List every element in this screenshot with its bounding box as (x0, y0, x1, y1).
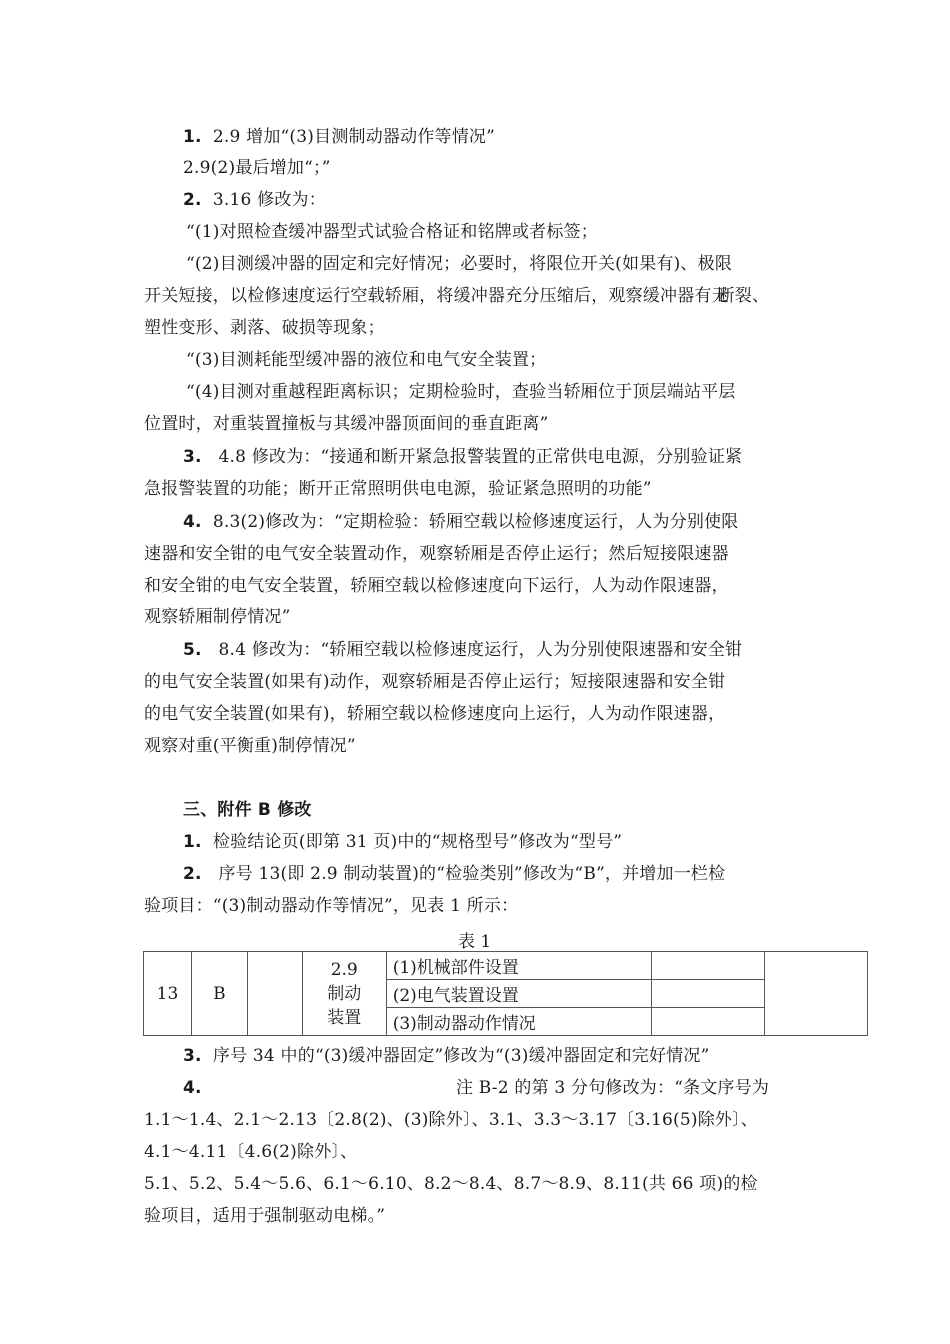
clause-number: 2.9 (303, 958, 386, 982)
item-number: 5. (183, 640, 202, 660)
paragraph-line: 速器和安全钳的电气安全装置动作，观察轿厢是否停止运行；然后短接限速器 (144, 543, 729, 565)
item-text: 8.4 修改为：“轿厢空载以检修速度运行，人为分别使限速器和安全钳 (219, 640, 743, 660)
item-text: 2.9 增加“(3)目测制动器动作等情况” (213, 127, 495, 147)
paragraph-line: 观察轿厢制停情况” (144, 606, 291, 628)
paragraph-line: 开关短接，以检修速度运行空载轿厢，将缓冲器充分压缩后，观察缓冲器有无断裂、 (144, 285, 769, 307)
item-text: 8.3(2)修改为：“定期检验：轿厢空载以检修速度运行，人为分别使限 (213, 512, 739, 532)
item-3: 3. 4.8 修改为：“接通和断开紧急报警装置的正常供电电源，分别验证紧 (183, 446, 742, 468)
item-number: 2. (183, 190, 202, 210)
paragraph-line: 观察对重(平衡重)制停情况” (144, 735, 356, 757)
paragraph-line: 和安全钳的电气安全装置，轿厢空载以检修速度向下运行，人为动作限速器， (144, 575, 729, 597)
item-b3: 3. 序号 34 中的“(3)缓冲器固定”修改为“(3)缓冲器固定和完好情况” (183, 1045, 709, 1067)
item-5: 5. 8.4 修改为：“轿厢空载以检修速度运行，人为分别使限速器和安全钳 (183, 639, 742, 661)
table-row: 13 B 2.9 制动 装置 (1)机械部件设置 (144, 952, 868, 980)
cell-conclusion (765, 952, 868, 1036)
item-text: 序号 34 中的“(3)缓冲器固定”修改为“(3)缓冲器固定和完好情况” (213, 1046, 710, 1066)
paragraph-line: 验项目：“(3)制动器动作等情况”，见表 1 所示： (144, 895, 518, 917)
section-heading: 三、附件 B 修改 (183, 799, 312, 821)
cell-seq: 13 (144, 952, 192, 1036)
item-number: 3. (183, 1046, 202, 1066)
paragraph-line: 4.1～4.11〔4.6(2)除外〕、 (144, 1141, 357, 1163)
table-caption: 表 1 (458, 927, 491, 952)
cell-item: (3)制动器动作情况 (386, 1008, 652, 1036)
paragraph-line: 的电气安全装置(如果有)动作，观察轿厢是否停止运行；短接限速器和安全钳 (144, 671, 725, 693)
item-1-sub: 2.9(2)最后增加“；” (183, 157, 331, 179)
paragraph-line: “(1)对照检查缓冲器型式试验合格证和铭牌或者标签； (186, 221, 598, 243)
item-1: 1. 2.9 增加“(3)目测制动器动作等情况” (183, 126, 495, 148)
paragraph-line: 急报警装置的功能；断开正常照明供电电源，验证紧急照明的功能” (144, 478, 652, 500)
item-number: 4. (183, 512, 202, 532)
cell-clause: 2.9 制动 装置 (302, 952, 386, 1036)
cell-result (652, 980, 765, 1008)
item-b2: 2. 序号 13(即 2.9 制动装置)的“检验类别”修改为“B”，并增加一栏检 (183, 863, 725, 885)
item-4: 4. 8.3(2)修改为：“定期检验：轿厢空载以检修速度运行，人为分别使限 (183, 511, 739, 533)
cell-item: (1)机械部件设置 (386, 952, 652, 980)
item-text: 序号 13(即 2.9 制动装置)的“检验类别”修改为“B”，并增加一栏检 (219, 864, 726, 884)
paragraph-line: 验项目，适用于强制驱动电梯。” (144, 1205, 385, 1227)
table-1: 13 B 2.9 制动 装置 (1)机械部件设置 (2)电气装置设置 (3)制动… (143, 951, 868, 1036)
item-text: 3.16 修改为： (213, 190, 326, 210)
cell-item: (2)电气装置设置 (386, 980, 652, 1008)
cell-result (652, 952, 765, 980)
paragraph-line: “(2)目测缓冲器的固定和完好情况；必要时，将限位开关(如果有)、极限 (186, 253, 732, 275)
cell-blank (247, 952, 302, 1036)
item-number: 3. (183, 447, 202, 467)
paragraph-line: 的电气安全装置(如果有)，轿厢空载以检修速度向上运行，人为动作限速器， (144, 703, 725, 725)
item-b4-text: 注 B-2 的第 3 分句修改为：“条文序号为 (456, 1077, 769, 1099)
paragraph-line: 1.1～1.4、2.1～2.13〔2.8(2)、(3)除外〕、3.1、3.3～3… (144, 1109, 758, 1131)
item-number: 2. (183, 864, 202, 884)
item-text: 4.8 修改为：“接通和断开紧急报警装置的正常供电电源，分别验证紧 (219, 447, 743, 467)
cell-category: B (191, 952, 247, 1036)
item-text: 检验结论页(即第 31 页)中的“规格型号”修改为“型号” (213, 832, 622, 852)
item-number: 1. (183, 127, 202, 147)
item-number: 4. (183, 1078, 202, 1098)
text-span: 断裂、 (718, 286, 770, 306)
clause-name: 制动 (303, 982, 386, 1006)
paragraph-line: 位置时，对重装置撞板与其缓冲器顶面间的垂直距离” (144, 413, 549, 435)
item-number: 1. (183, 832, 202, 852)
clause-name: 装置 (303, 1006, 386, 1030)
paragraph-line: 塑性变形、剥落、破损等现象； (144, 317, 385, 339)
paragraph-line: “(3)目测耗能型缓冲器的液位和电气安全装置； (186, 349, 546, 371)
text-span: 开关短接，以检修速度运行空载轿厢，将缓冲器充分压缩后，观察缓冲器有 (144, 286, 712, 306)
paragraph-line: “(4)目测对重越程距离标识；定期检验时，查验当轿厢位于顶层端站平层 (186, 381, 736, 403)
item-b1: 1. 检验结论页(即第 31 页)中的“规格型号”修改为“型号” (183, 831, 622, 853)
cell-result (652, 1008, 765, 1036)
item-b4: 4. (183, 1077, 202, 1099)
item-2: 2. 3.16 修改为： (183, 189, 326, 211)
paragraph-line: 5.1、5.2、5.4～5.6、6.1～6.10、8.2～8.4、8.7～8.9… (144, 1173, 758, 1195)
